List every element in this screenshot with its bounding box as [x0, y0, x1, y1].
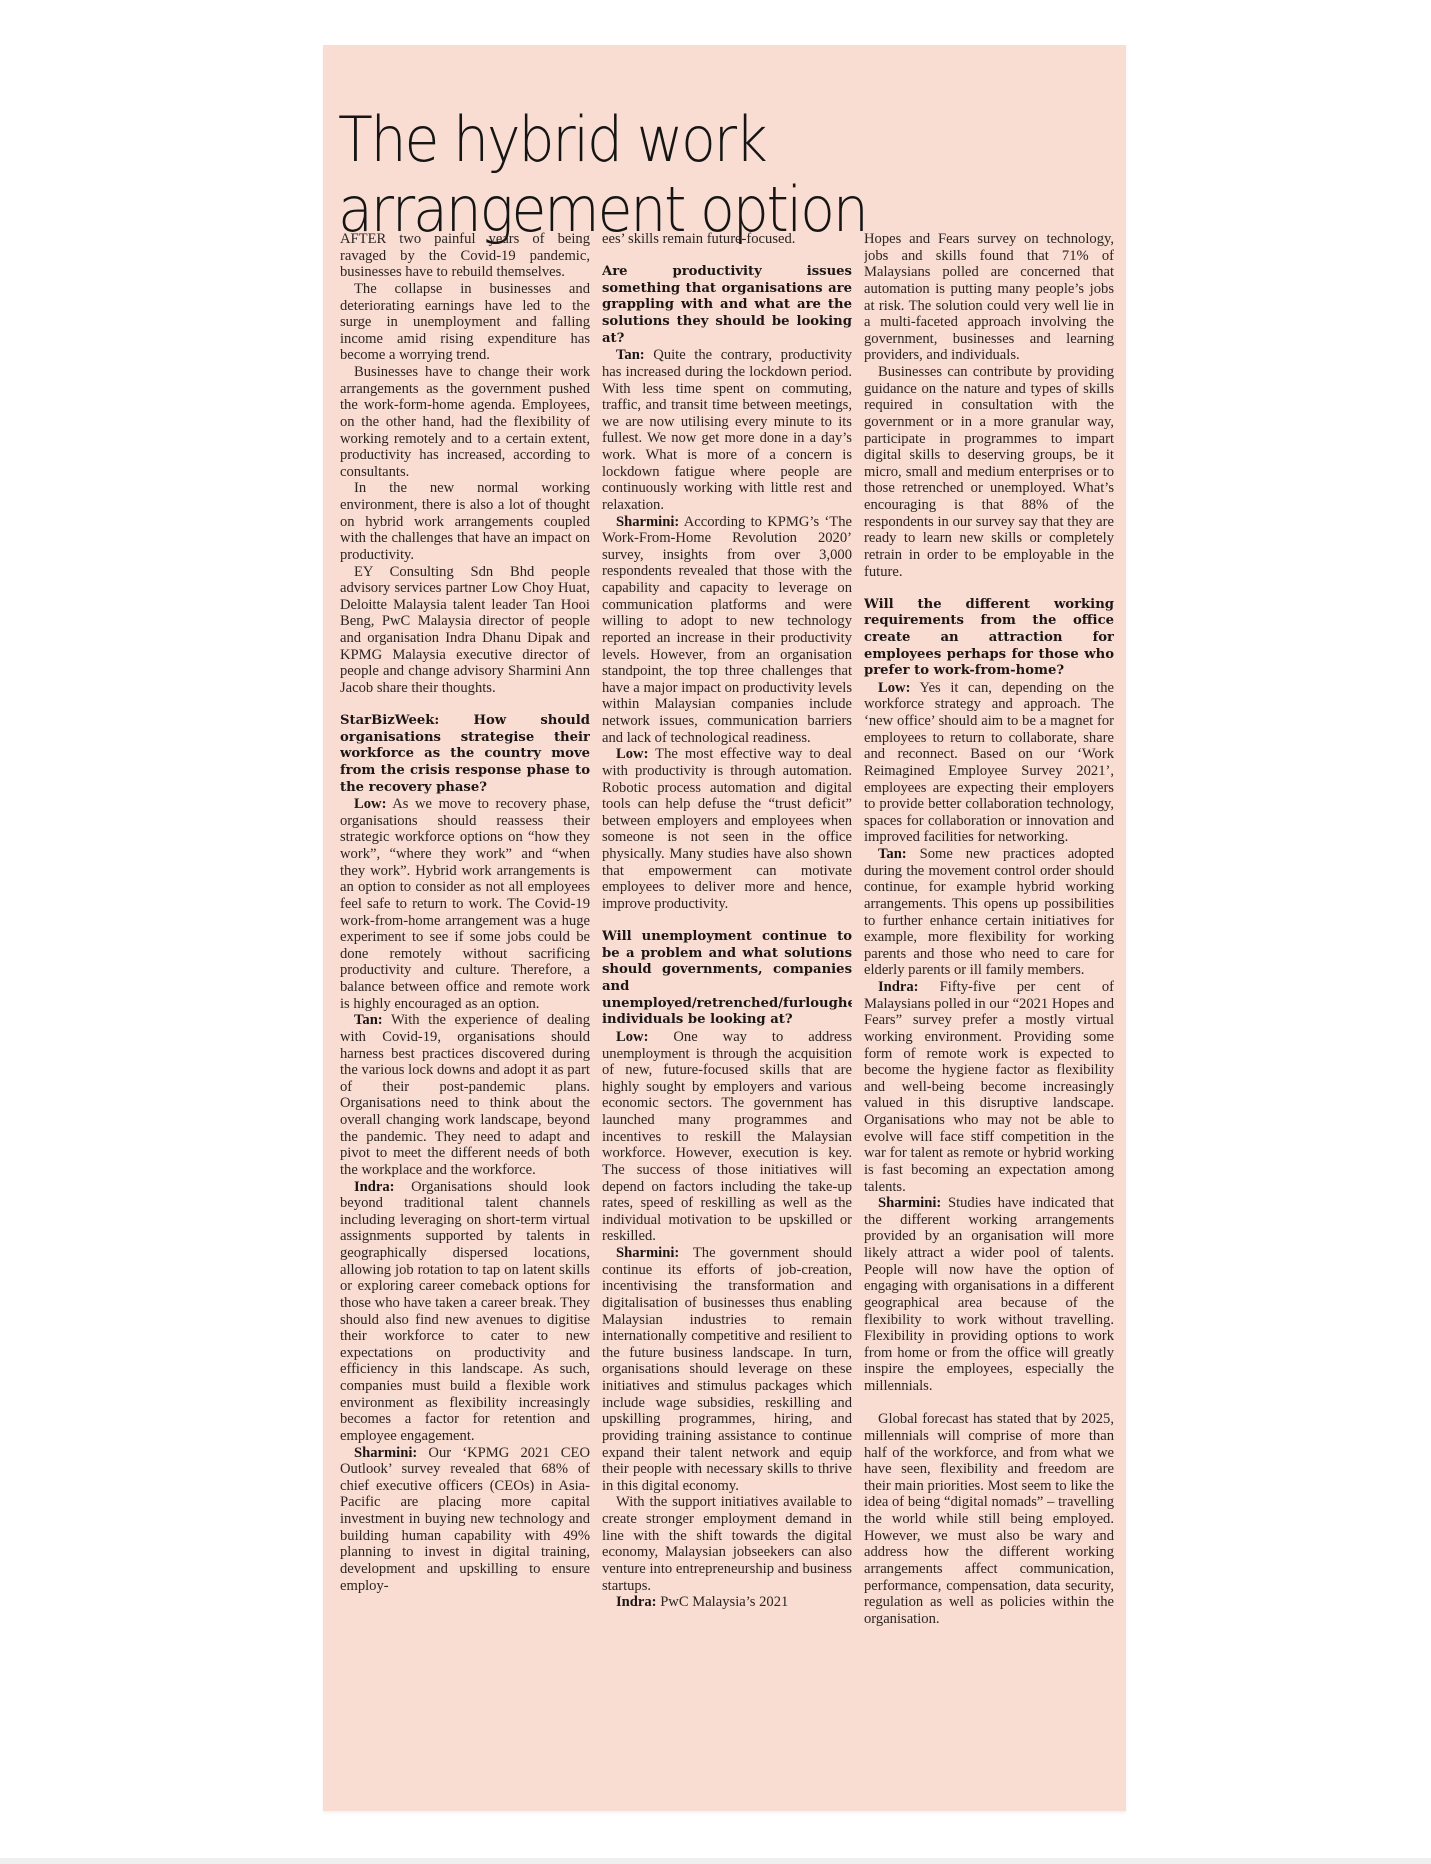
answer-text: The government should continue its effor…	[602, 1245, 852, 1494]
interview-question: Will unemployment continue to be a probl…	[602, 929, 852, 1029]
interview-answer: Tan: Some new practices adopted during t…	[864, 846, 1114, 979]
article-columns: AFTER two painful years of being ravaged…	[340, 231, 1114, 1801]
interview-answer: Sharmini: Studies have indicated that th…	[864, 1195, 1114, 1395]
answer-text: Quite the contrary, productivity has inc…	[602, 347, 852, 513]
article-column-2: ees’ skills remain future-focused.Are pr…	[602, 231, 852, 1801]
interview-question: StarBizWeek: How should organisations st…	[340, 713, 590, 796]
bottom-strip	[0, 1858, 1431, 1864]
interview-question: Will the different working requirements …	[864, 597, 1114, 680]
speaker-name: Tan:	[616, 347, 645, 363]
answer-text: With the experience of dealing with Covi…	[340, 1012, 590, 1178]
answer-text: The most effective way to deal with prod…	[602, 746, 852, 912]
speaker-name: Tan:	[354, 1012, 383, 1028]
body-paragraph: With the support initiatives available t…	[602, 1494, 852, 1594]
interview-answer: Low: One way to address unemployment is …	[602, 1029, 852, 1245]
interview-answer: Low: Yes it can, depending on the workfo…	[864, 680, 1114, 846]
speaker-name: Sharmini:	[878, 1195, 941, 1211]
interview-answer: Indra: Organisations should look beyond …	[340, 1179, 590, 1445]
interview-answer: Low: As we move to recovery phase, organ…	[340, 796, 590, 1012]
speaker-name: Tan:	[878, 846, 907, 862]
interview-question: Are productivity issues something that o…	[602, 264, 852, 347]
speaker-name: Low:	[616, 1029, 648, 1045]
interview-answer: Indra: Fifty-five per cent of Malaysians…	[864, 979, 1114, 1195]
speaker-name: Indra:	[878, 979, 919, 995]
answer-text: According to KPMG’s ‘The Work-From-Home …	[602, 514, 852, 746]
newspaper-article: The hybrid work arrangement option AFTER…	[323, 45, 1126, 1811]
speaker-name: Low:	[616, 746, 648, 762]
body-paragraph: Global forecast has stated that by 2025,…	[864, 1411, 1114, 1627]
interview-answer: Indra: PwC Malaysia’s 2021	[602, 1594, 852, 1611]
body-paragraph: AFTER two painful years of being ravaged…	[340, 231, 590, 281]
speaker-name: Indra:	[616, 1594, 657, 1610]
body-paragraph: In the new normal working environment, t…	[340, 480, 590, 563]
interview-answer: Sharmini: The government should continue…	[602, 1245, 852, 1494]
speaker-name: Sharmini:	[354, 1445, 417, 1461]
body-paragraph: ees’ skills remain future-focused.	[602, 231, 852, 248]
speaker-name: Sharmini:	[616, 514, 679, 530]
article-column-1: AFTER two painful years of being ravaged…	[340, 231, 590, 1801]
speaker-name: Low:	[354, 796, 386, 812]
interview-answer: Sharmini: According to KPMG’s ‘The Work-…	[602, 514, 852, 747]
answer-text: Yes it can, depending on the workforce s…	[864, 680, 1114, 846]
speaker-name: Sharmini:	[616, 1245, 679, 1261]
speaker-name: Low:	[878, 680, 910, 696]
article-column-3: Hopes and Fears survey on technology, jo…	[864, 231, 1114, 1801]
body-paragraph: Businesses have to change their work arr…	[340, 364, 590, 480]
answer-text: Some new practices adopted during the mo…	[864, 846, 1114, 978]
body-paragraph: EY Consulting Sdn Bhd people advisory se…	[340, 564, 590, 697]
interview-answer: Tan: With the experience of dealing with…	[340, 1012, 590, 1178]
answer-text: Studies have indicated that the differen…	[864, 1195, 1114, 1394]
article-title: The hybrid work arrangement option	[338, 105, 1037, 245]
answer-text: Fifty-five per cent of Malaysians polled…	[864, 979, 1114, 1195]
interview-answer: Sharmini: Our ‘KPMG 2021 CEO Outlook’ su…	[340, 1445, 590, 1595]
answer-text: One way to address unemployment is throu…	[602, 1029, 852, 1245]
answer-text: Our ‘KPMG 2021 CEO Outlook’ survey revea…	[340, 1445, 590, 1594]
body-paragraph: The collapse in businesses and deteriora…	[340, 281, 590, 364]
answer-text: As we move to recovery phase, organisati…	[340, 796, 590, 1012]
interview-answer: Low: The most effective way to deal with…	[602, 746, 852, 912]
body-paragraph: Hopes and Fears survey on technology, jo…	[864, 231, 1114, 364]
body-paragraph: Businesses can contribute by providing g…	[864, 364, 1114, 580]
answer-text: Organisations should look beyond traditi…	[340, 1179, 590, 1444]
interview-answer: Tan: Quite the contrary, productivity ha…	[602, 347, 852, 513]
answer-text: PwC Malaysia’s 2021	[657, 1594, 789, 1610]
speaker-name: Indra:	[354, 1179, 395, 1195]
